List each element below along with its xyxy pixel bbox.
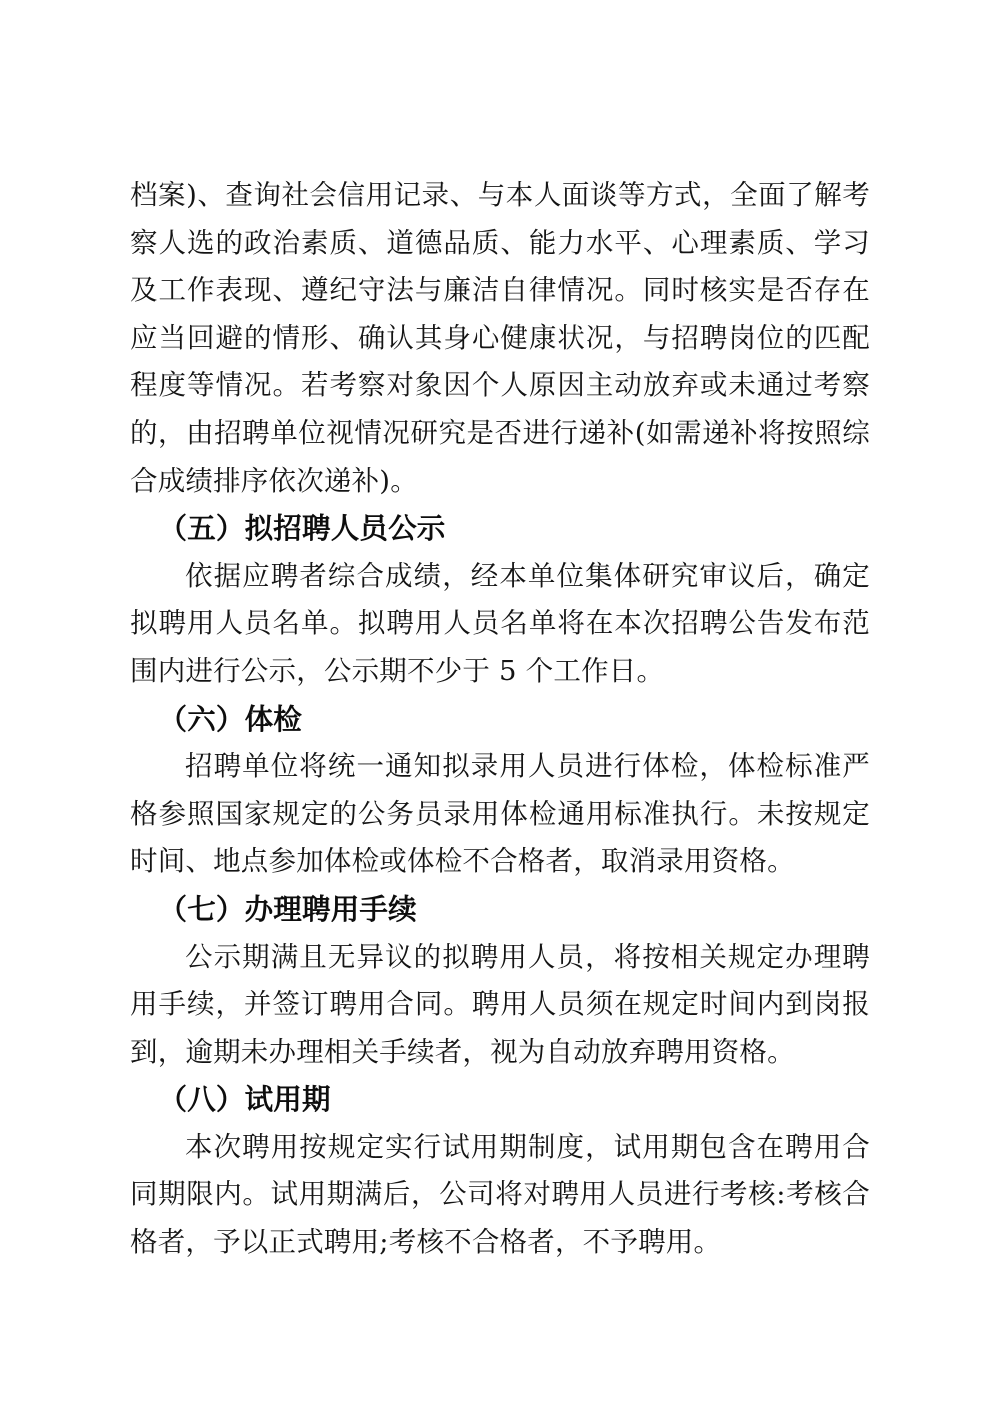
section-heading-6-physical-exam: （六）体检 (130, 696, 870, 744)
paragraph-physical-exam: 招聘单位将统一通知拟录用人员进行体检，体检标准严格参照国家规定的公务员录用体检通… (130, 743, 870, 886)
paragraph-publicity: 依据应聘者综合成绩，经本单位集体研究审议后，确定拟聘用人员名单。拟聘用人员名单将… (130, 553, 870, 696)
section-heading-8-probation-period: （八）试用期 (130, 1076, 870, 1124)
paragraph-employment-procedures: 公示期满且无异议的拟聘用人员，将按相关规定办理聘用手续，并签订聘用合同。聘用人员… (130, 934, 870, 1077)
paragraph-inspection-continuation: 档案)、查询社会信用记录、与本人面谈等方式，全面了解考察人选的政治素质、道德品质… (130, 172, 870, 505)
document-page: 档案)、查询社会信用记录、与本人面谈等方式，全面了解考察人选的政治素质、道德品质… (0, 0, 992, 1403)
document-body: 档案)、查询社会信用记录、与本人面谈等方式，全面了解考察人选的政治素质、道德品质… (130, 172, 870, 1267)
paragraph-probation-period: 本次聘用按规定实行试用期制度，试用期包含在聘用合同期限内。试用期满后，公司将对聘… (130, 1124, 870, 1267)
section-heading-7-employment-procedures: （七）办理聘用手续 (130, 886, 870, 934)
section-heading-5-proposed-hire-publicity: （五）拟招聘人员公示 (130, 505, 870, 553)
